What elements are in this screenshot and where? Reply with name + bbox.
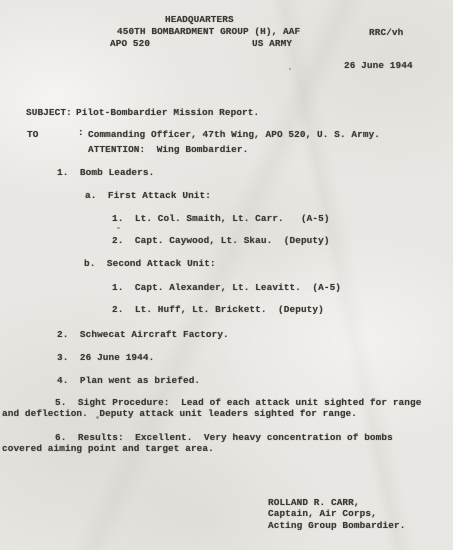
header-group-line: 450TH BOMBARDMENT GROUP (H), AAF	[117, 26, 300, 37]
signature-rank: Captain, Air Corps,	[268, 508, 377, 519]
para-1b-second-attack-unit: b. Second Attack Unit:	[84, 258, 216, 269]
para-6-results-line1: 6. Results: Excellent. Very heavy concen…	[55, 432, 393, 443]
para-1a-first-attack-unit: a. First Attack Unit:	[85, 190, 211, 201]
to-text: Commanding Officer, 47th Wing, APO 520, …	[88, 129, 380, 140]
subject-text: Pilot-Bombardier Mission Report.	[76, 107, 259, 118]
para-2-target: 2. Schwecat Aircraft Factory.	[57, 329, 229, 340]
header-reference-initials: RRC/vh	[369, 27, 403, 38]
paper-speck	[289, 68, 291, 70]
document-page: HEADQUARTERS 450TH BOMBARDMENT GROUP (H)…	[0, 0, 453, 550]
para-4-plan: 4. Plan went as briefed.	[57, 375, 200, 386]
signature-name: ROLLAND R. CARR,	[268, 497, 360, 508]
header-army: US ARMY	[252, 38, 292, 49]
paper-speck	[96, 416, 99, 419]
para-1a1-leaders: 1. Lt. Col. Smaith, Lt. Carr. (A-5)	[112, 213, 330, 224]
para-5-sight-procedure-line1: 5. Sight Procedure: Lead of each attack …	[55, 397, 421, 408]
para-1b2-deputy: 2. Lt. Huff, Lt. Brickett. (Deputy)	[112, 304, 324, 315]
para-1a2-deputy: 2. Capt. Caywood, Lt. Skau. (Deputy)	[112, 235, 330, 246]
para-6-results-line2: covered aiming point and target area.	[2, 443, 214, 454]
para-5-sight-procedure-line2: and deflection. Deputy attack unit leade…	[2, 408, 357, 419]
signature-role: Acting Group Bombardier.	[268, 520, 405, 531]
para-3-date: 3. 26 June 1944.	[57, 352, 154, 363]
para-1b1-leaders: 1. Capt. Alexander, Lt. Leavitt. (A-5)	[112, 282, 341, 293]
header-headquarters: HEADQUARTERS	[165, 14, 234, 25]
subject-label: SUBJECT:	[26, 107, 72, 118]
attention-line: ATTENTION: Wing Bombardier.	[88, 144, 248, 155]
to-label: TO	[27, 129, 38, 140]
header-apo: APO 520	[110, 38, 150, 49]
to-colon: :	[78, 127, 84, 138]
header-date: 26 June 1944	[344, 60, 413, 71]
para-1-bomb-leaders: 1. Bomb Leaders.	[57, 167, 154, 178]
paper-speck	[117, 227, 120, 229]
